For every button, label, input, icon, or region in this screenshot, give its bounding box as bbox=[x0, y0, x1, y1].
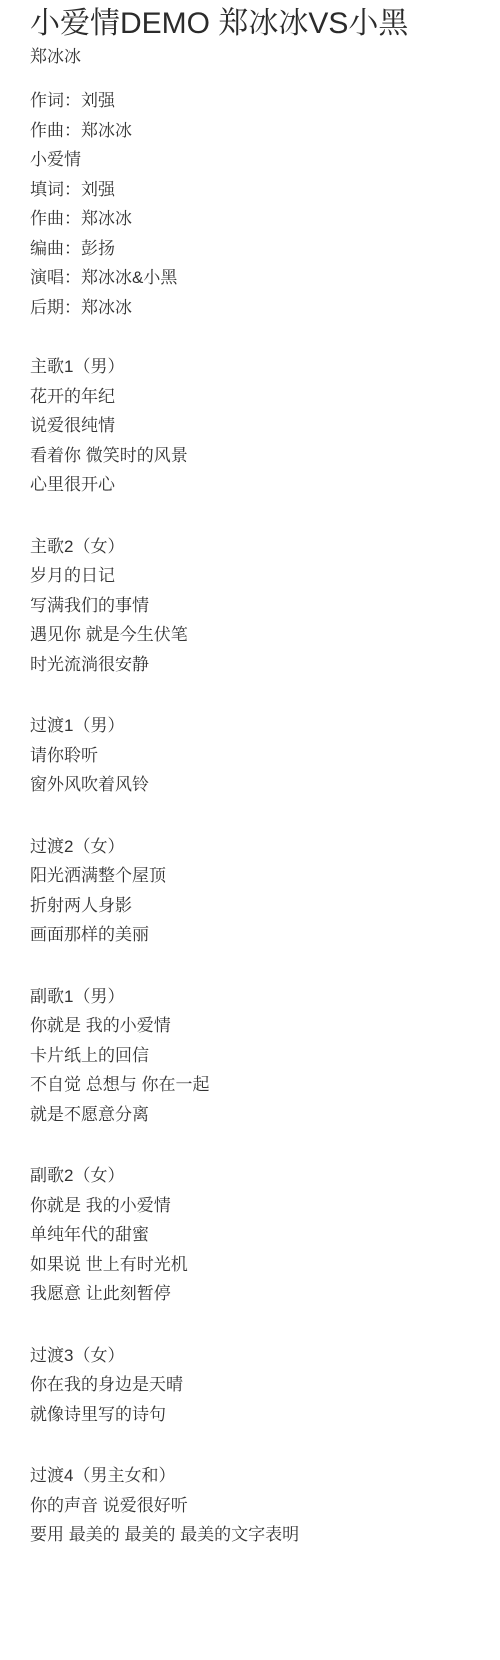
lyric-line: 你就是 我的小爱情 bbox=[30, 1191, 480, 1221]
lyric-line: 不自觉 总想与 你在一起 bbox=[30, 1070, 480, 1100]
lyric-line: 阳光洒满整个屋顶 bbox=[30, 861, 480, 891]
lyric-line: 卡片纸上的回信 bbox=[30, 1041, 480, 1071]
lyric-line: 就像诗里写的诗句 bbox=[30, 1400, 480, 1430]
lyric-line: 岁月的日记 bbox=[30, 561, 480, 591]
credits-block: 作词：刘强作曲：郑冰冰小爱情填词：刘强作曲：郑冰冰编曲：彭扬演唱：郑冰冰&小黑后… bbox=[30, 86, 480, 322]
credit-line: 编曲：彭扬 bbox=[30, 234, 480, 264]
section-label: 主歌2（女） bbox=[30, 532, 480, 562]
lyric-line: 你在我的身边是天晴 bbox=[30, 1370, 480, 1400]
lyric-section: 过渡3（女）你在我的身边是天晴就像诗里写的诗句 bbox=[30, 1341, 480, 1430]
lyric-line: 单纯年代的甜蜜 bbox=[30, 1220, 480, 1250]
lyric-line: 遇见你 就是今生伏笔 bbox=[30, 620, 480, 650]
artist-name: 郑冰冰 bbox=[30, 46, 480, 68]
lyric-line: 写满我们的事情 bbox=[30, 591, 480, 621]
lyric-section: 主歌1（男）花开的年纪说爱很纯情看着你 微笑时的风景心里很开心 bbox=[30, 352, 480, 500]
lyric-line: 就是不愿意分离 bbox=[30, 1100, 480, 1130]
section-label: 过渡2（女） bbox=[30, 832, 480, 862]
credit-line: 作曲：郑冰冰 bbox=[30, 204, 480, 234]
lyric-line: 画面那样的美丽 bbox=[30, 920, 480, 950]
lyric-line: 说爱很纯情 bbox=[30, 411, 480, 441]
lyric-line: 如果说 世上有时光机 bbox=[30, 1250, 480, 1280]
section-label: 过渡3（女） bbox=[30, 1341, 480, 1371]
lyric-section: 副歌1（男）你就是 我的小爱情卡片纸上的回信不自觉 总想与 你在一起就是不愿意分… bbox=[30, 982, 480, 1130]
lyric-section: 过渡4（男主女和）你的声音 说爱很好听要用 最美的 最美的 最美的文字表明 bbox=[30, 1461, 480, 1550]
lyrics-body: 主歌1（男）花开的年纪说爱很纯情看着你 微笑时的风景心里很开心主歌2（女）岁月的… bbox=[30, 352, 480, 1550]
lyric-line: 我愿意 让此刻暂停 bbox=[30, 1279, 480, 1309]
lyric-line: 时光流淌很安静 bbox=[30, 650, 480, 680]
credit-line: 演唱：郑冰冰&小黑 bbox=[30, 263, 480, 293]
lyric-line: 窗外风吹着风铃 bbox=[30, 770, 480, 800]
lyric-section: 主歌2（女）岁月的日记写满我们的事情遇见你 就是今生伏笔时光流淌很安静 bbox=[30, 532, 480, 680]
lyric-section: 过渡2（女）阳光洒满整个屋顶折射两人身影画面那样的美丽 bbox=[30, 832, 480, 950]
lyric-line: 要用 最美的 最美的 最美的文字表明 bbox=[30, 1520, 480, 1550]
credit-line: 作曲：郑冰冰 bbox=[30, 116, 480, 146]
lyric-section: 副歌2（女）你就是 我的小爱情单纯年代的甜蜜如果说 世上有时光机我愿意 让此刻暂… bbox=[30, 1161, 480, 1309]
section-label: 过渡1（男） bbox=[30, 711, 480, 741]
credit-line: 小爱情 bbox=[30, 145, 480, 175]
lyric-line: 请你聆听 bbox=[30, 741, 480, 771]
lyric-section: 过渡1（男）请你聆听窗外风吹着风铃 bbox=[30, 711, 480, 800]
lyric-line: 花开的年纪 bbox=[30, 382, 480, 412]
page-title: 小爱情DEMO 郑冰冰VS小黑 bbox=[30, 6, 480, 42]
lyric-line: 你的声音 说爱很好听 bbox=[30, 1491, 480, 1521]
credit-line: 后期：郑冰冰 bbox=[30, 293, 480, 323]
section-label: 主歌1（男） bbox=[30, 352, 480, 382]
credit-line: 作词：刘强 bbox=[30, 86, 480, 116]
lyric-line: 心里很开心 bbox=[30, 470, 480, 500]
credit-line: 填词：刘强 bbox=[30, 175, 480, 205]
section-label: 副歌2（女） bbox=[30, 1161, 480, 1191]
section-label: 过渡4（男主女和） bbox=[30, 1461, 480, 1491]
section-label: 副歌1（男） bbox=[30, 982, 480, 1012]
lyric-line: 折射两人身影 bbox=[30, 891, 480, 921]
lyric-line: 看着你 微笑时的风景 bbox=[30, 441, 480, 471]
lyric-line: 你就是 我的小爱情 bbox=[30, 1011, 480, 1041]
lyrics-page: 小爱情DEMO 郑冰冰VS小黑 郑冰冰 作词：刘强作曲：郑冰冰小爱情填词：刘强作… bbox=[0, 0, 500, 1550]
